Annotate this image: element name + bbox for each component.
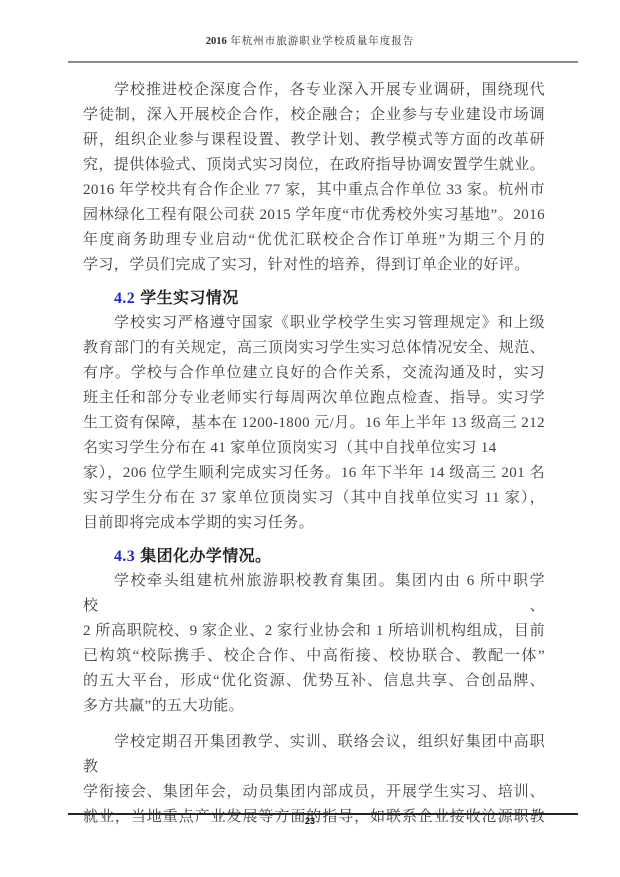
text-line: 年度商务助理专业启动“优优汇联校企合作订单班”为期三个月的 (83, 228, 545, 253)
text-line: 2 所高职院校、9 家企业、2 家行业协会和 1 所培训机构组成，目前 (83, 619, 545, 644)
text-line: 研，组织企业参与课程设置、教学计划、教学模式等方面的改革研 (83, 128, 545, 153)
section-title: 学生实习情况 (140, 290, 238, 307)
section-title: 集团化办学情况。 (140, 548, 271, 565)
header-title: 年杭州市旅游职业学校质量年度报告 (227, 36, 415, 47)
text-line: 学校定期召开集团教学、实训、联络会议，组织好集团中高职教 (83, 730, 545, 780)
text-line: 班主任和部分专业老师实行每周两次单位跑点检查、指导。实习学 (83, 386, 545, 411)
text-line: 2016 年学校共有合作企业 77 家，其中重点合作单位 33 家。杭州市 (83, 178, 545, 203)
text-line: 已构筑“校际携手、校企合作、中高衔接、校协联合、教配一体” (83, 644, 545, 669)
paragraph-student-internship: 学校实习严格遵守国家《职业学校学生实习管理规定》和上级教育部门的有关规定，高三顶… (83, 311, 545, 536)
page-footer: 23 (0, 816, 620, 826)
page-number: 23 (305, 816, 315, 826)
section-number: 4.2 (114, 290, 135, 307)
text-line: 学校实习严格遵守国家《职业学校学生实习管理规定》和上级 (83, 311, 545, 336)
paragraph-education-group: 学校牵头组建杭州旅游职校教育集团。集团内由 6 所中职学校、2 所高职院校、9 … (83, 569, 545, 719)
text-line: 家），206 位学生顺利完成实习任务。16 年下半年 14 级高三 201 名 (83, 461, 545, 486)
document-body: 学校推进校企深度合作，各专业深入开展专业调研，围绕现代学徒制，深入开展校企合作，… (83, 78, 545, 830)
text-line: 实习学生分布在 37 家单位顶岗实习（其中自找单位实习 11 家）， (83, 486, 545, 511)
section-heading-4-3: 4.3集团化办学情况。 (83, 544, 545, 569)
text-line: 的五大平台，形成“优化资源、优势互补、信息共享、合创品牌、 (83, 669, 545, 694)
text-line: 目前即将完成本学期的实习任务。 (83, 511, 545, 536)
header-divider (68, 61, 578, 63)
text-line: 园林绿化工程有限公司获 2015 学年度“市优秀校外实习基地”。2016 (83, 203, 545, 228)
text-line: 究，提供体验式、顶岗式实习岗位，在政府指导协调安置学生就业。 (83, 153, 545, 178)
section-number: 4.3 (114, 548, 135, 565)
text-line: 多方共赢”的五大功能。 (83, 694, 545, 719)
text-line: 教育部门的有关规定，高三顶岗实习学生实习总体情况安全、规范、 (83, 336, 545, 361)
text-line: 学习，学员们完成了实习，针对性的培养，得到订单企业的好评。 (83, 253, 545, 278)
page-header: 2016 年杭州市旅游职业学校质量年度报告 (0, 33, 620, 48)
header-year: 2016 (206, 36, 227, 47)
text-line: 学衔接会、集团年会，动员集团内部成员，开展学生实习、培训、 (83, 780, 545, 805)
paragraph-school-enterprise-cooperation: 学校推进校企深度合作，各专业深入开展专业调研，围绕现代学徒制，深入开展校企合作，… (83, 78, 545, 278)
text-line: 学徒制，深入开展校企合作，校企融合；企业参与专业建设市场调 (83, 103, 545, 128)
text-line: 生工资有保障，基本在 1200-1800 元/月。16 年上半年 13 级高三 … (83, 411, 545, 436)
text-line: 学校推进校企深度合作，各专业深入开展专业调研，围绕现代 (83, 78, 545, 103)
text-line: 学校牵头组建杭州旅游职校教育集团。集团内由 6 所中职学校、 (83, 569, 545, 619)
text-line: 有序。学校与合作单位建立良好的合作关系，交流沟通及时，实习 (83, 361, 545, 386)
text-line: 名实习学生分布在 41 家单位顶岗实习（其中自找单位实习 14 (83, 436, 545, 461)
footer-divider (68, 813, 578, 815)
document-page: 2016 年杭州市旅游职业学校质量年度报告 学校推进校企深度合作，各专业深入开展… (0, 0, 620, 877)
section-heading-4-2: 4.2学生实习情况 (83, 286, 545, 311)
paragraph-group-meetings: 学校定期召开集团教学、实训、联络会议，组织好集团中高职教学衔接会、集团年会，动员… (83, 730, 545, 830)
